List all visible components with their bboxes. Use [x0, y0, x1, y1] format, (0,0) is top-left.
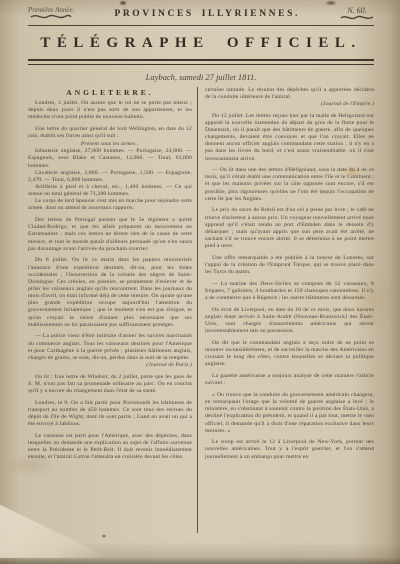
paragraph: — La police vient d'être instruite d'arm… [28, 333, 192, 362]
left-column: ANGLETERRE. Londres, 2 juillet. On assur… [28, 87, 197, 533]
paragraph: Le corps de lord Spencer s'est mis en ma… [28, 198, 192, 212]
paragraph: La gazette américaine a toujours analysé… [205, 373, 374, 387]
paragraph: Artillerie à pied et à cheval, etc., 1,4… [28, 184, 192, 198]
newspaper-page: Première Année. PROVINCES ILLYRIENNES. N… [0, 0, 400, 564]
paragraph: On lit : Une lettre de Windsor, du 2 jui… [28, 374, 192, 395]
paragraph: — On lit dans une des lettres d'Heligola… [205, 167, 374, 203]
paragraph: Cavalerie anglaise, 2,800. — Portugaise,… [28, 170, 192, 184]
right-column: certaine latitude. Le résultat des dépêc… [197, 87, 374, 533]
paragraph: Infanterie anglaise, 27,000 hommes. — Po… [28, 148, 192, 169]
paragraph: (Journal de l'Empire.) [205, 101, 374, 108]
paragraph: On dit que le commandant anglais a reçu … [205, 340, 374, 369]
paragraph: Le sloop est arrivé le 12 à Liverpool de… [205, 439, 374, 460]
page-content: Première Année. PROVINCES ILLYRIENNES. N… [28, 6, 374, 533]
region-title: PROVINCES ILLYRIENNES. [114, 6, 300, 19]
paragraph: Le prix du sucre de Brésil est d'un sol … [205, 207, 374, 250]
paragraph: Une lettre du quartier général de lord W… [28, 126, 192, 140]
dateline: Laybach, samedi 27 juillet 1811. [28, 72, 374, 82]
body-columns: ANGLETERRE. Londres, 2 juillet. On assur… [28, 87, 374, 533]
issue-number-wrap: N. 60. [340, 6, 374, 21]
paragraph: Des lettres de Portugal portent que le 5… [28, 217, 192, 253]
swash-flourish-icon [340, 14, 374, 21]
newspaper-title: TÉLÉGRAPHE OFFICIEL. [28, 35, 374, 52]
paragraph: Londres, le 9. On a fait partir pour Por… [28, 400, 192, 429]
paragraph: — La marine des Deux-Siciles se compose … [205, 281, 374, 302]
issue-number: N. 60. [347, 6, 366, 15]
paragraph: Londres, 2 juillet. On assure que le roi… [28, 100, 192, 121]
paragraph: Une offre remarquable a été publiée à la… [205, 255, 374, 276]
paragraph: « On trouve que la conduite du gouvernem… [205, 392, 374, 435]
edition-label-wrap: Première Année. [28, 6, 74, 20]
title-double-rule [28, 59, 374, 65]
masthead: Première Année. PROVINCES ILLYRIENNES. N… [28, 6, 374, 24]
paragraph: Du 12 juillet. Les lettres reçues hier p… [205, 113, 374, 163]
paragraph: (Journal de Paris.) [28, 362, 192, 369]
right-column-text: certaine latitude. Le résultat des dépêc… [205, 87, 374, 461]
paragraph: Du 8 juillet. On lit ce matin dans les p… [28, 257, 192, 329]
page-bottom-shadow [0, 557, 400, 564]
edition-label: Première Année. [28, 6, 74, 14]
footnote-mark: * [102, 533, 106, 542]
paragraph: On écrit de Liverpool, en date du 10 de … [205, 307, 374, 336]
paragraph: certaine latitude. Le résultat des dépêc… [205, 87, 374, 101]
masthead-rule [28, 25, 374, 26]
swash-flourish-icon [30, 13, 72, 20]
paragraph: Le vaisseau est parti pour l'Amérique, a… [28, 433, 192, 462]
left-column-text: Londres, 2 juillet. On assure que le roi… [28, 100, 192, 462]
section-heading-angleterre: ANGLETERRE. [28, 89, 192, 96]
